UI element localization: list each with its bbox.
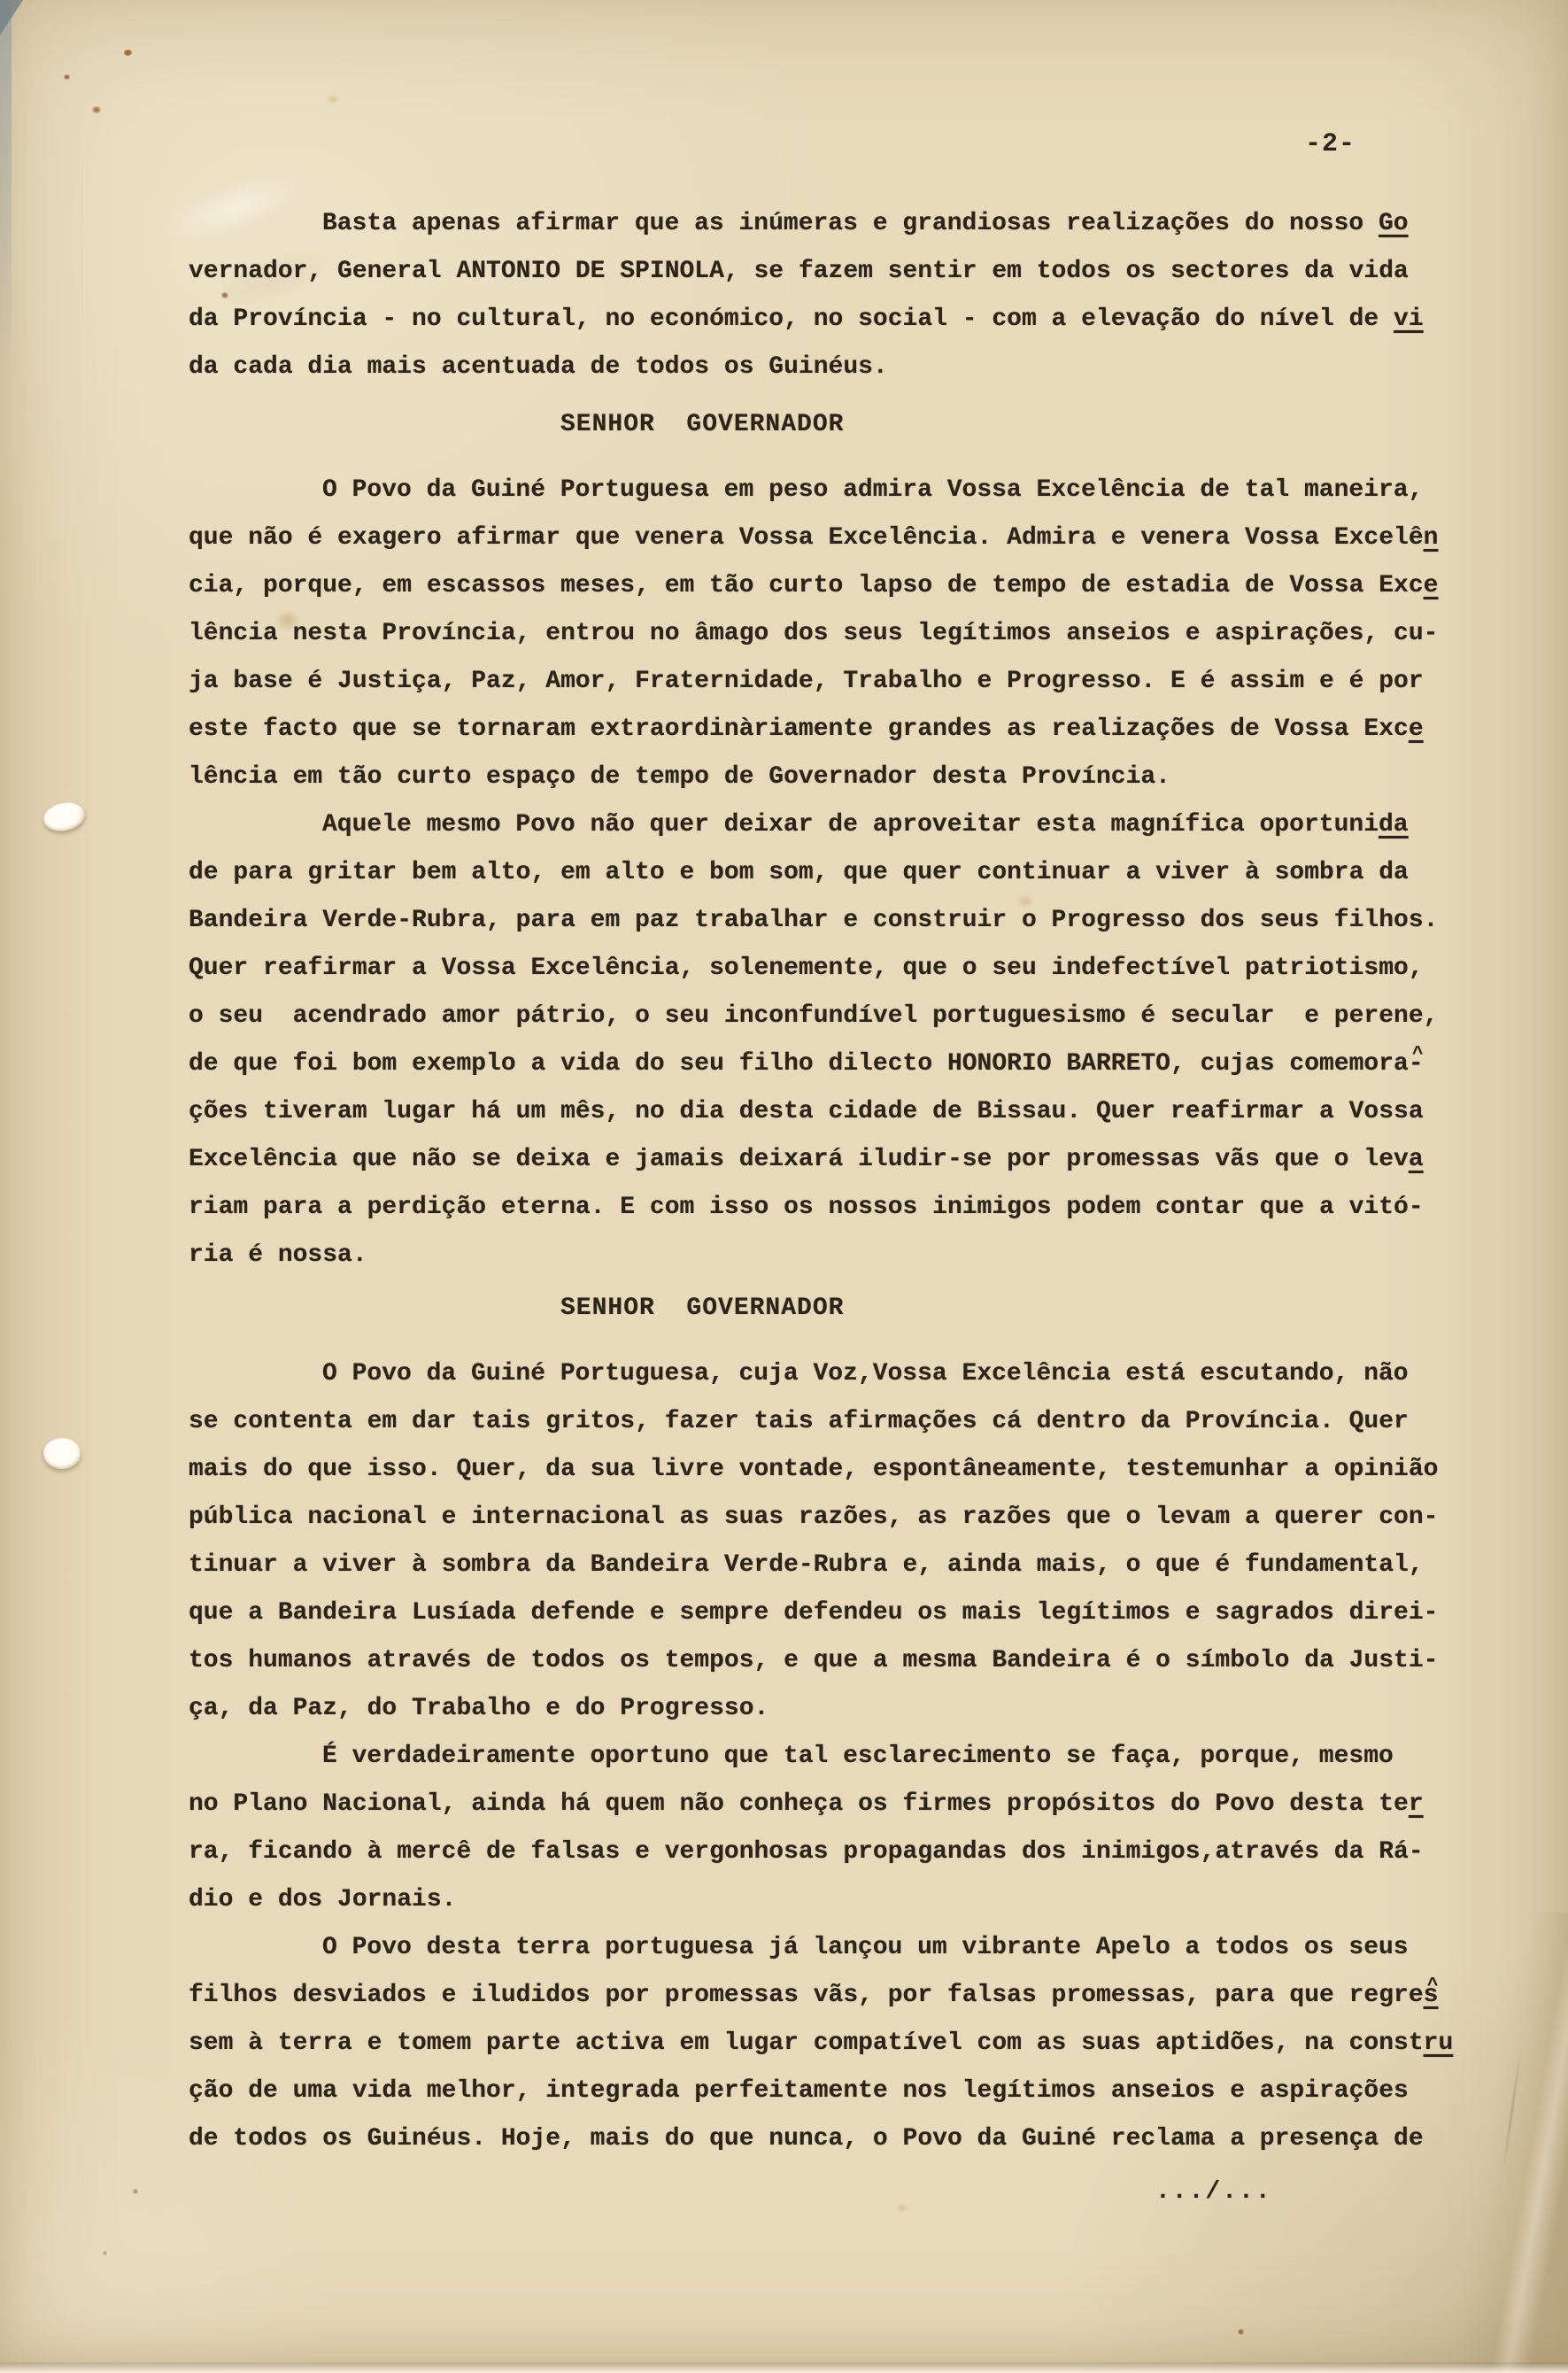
typed-line: dio e dos Jornais. <box>189 1876 1490 1924</box>
typed-line: lência em tão curto espaço de tempo de G… <box>189 754 1490 801</box>
typed-line: da cada dia mais acentuada de todos os G… <box>189 344 1490 391</box>
typed-line: no Plano Nacional, ainda há quem não con… <box>189 1781 1490 1828</box>
typed-line: da Província - no cultural, no económico… <box>189 296 1490 344</box>
typed-line: Excelência que não se deixa e jamais dei… <box>189 1136 1490 1184</box>
scanned-document-page: -2- Basta apenas afirmar que as inúmeras… <box>0 0 1568 2373</box>
typed-line: tos humanos através de todos os tempos, … <box>189 1637 1490 1685</box>
paragraph: Basta apenas afirmar que as inúmeras e g… <box>189 200 1490 391</box>
typed-line: se contenta em dar tais gritos, fazer ta… <box>189 1398 1490 1446</box>
rust-speck <box>64 74 70 80</box>
typed-line: tinuar a viver à sombra da Bandeira Verd… <box>189 1542 1490 1589</box>
typed-line: Bandeira Verde-Rubra, para em paz trabal… <box>189 897 1490 945</box>
typed-line: de para gritar bem alto, em alto e bom s… <box>189 849 1490 897</box>
continuation-mark: .../... <box>1155 2168 1490 2216</box>
typed-line: o seu acendrado amor pátrio, o seu incon… <box>189 993 1490 1040</box>
page-number: -2- <box>1305 129 1356 159</box>
punch-hole <box>43 1438 81 1469</box>
typed-line: ria é nossa. <box>189 1232 1490 1279</box>
paragraph: O Povo da Guiné Portuguesa, cuja Voz,Vos… <box>189 1350 1490 1733</box>
typed-line: Basta apenas afirmar que as inúmeras e g… <box>189 200 1490 248</box>
scan-corner <box>0 0 23 35</box>
paragraph: O Povo da Guiné Portuguesa em peso admir… <box>189 467 1490 801</box>
rust-speck <box>124 50 132 56</box>
typed-line: vernador, General ANTONIO DE SPINOLA, se… <box>189 248 1490 296</box>
stain <box>1238 2329 1244 2335</box>
paragraph: Aquele mesmo Povo não quer deixar de apr… <box>189 801 1490 1279</box>
typed-line: ça, da Paz, do Trabalho e do Progresso. <box>189 1685 1490 1733</box>
stain <box>326 94 340 104</box>
typed-line: ção de uma vida melhor, integrada perfei… <box>189 2068 1490 2115</box>
paragraph: É verdadeiramente oportuno que tal escla… <box>189 1733 1490 1924</box>
paper-edge <box>0 2362 1568 2373</box>
typed-line: lência nesta Província, entrou no âmago … <box>189 610 1490 658</box>
paragraph: O Povo desta terra portuguesa já lançou … <box>189 1924 1490 2163</box>
typed-line: de que foi bom exemplo a vida do seu fil… <box>189 1040 1490 1088</box>
typed-line: O Povo da Guiné Portuguesa em peso admir… <box>189 467 1490 514</box>
scan-edge <box>0 0 12 381</box>
stain <box>103 2251 107 2255</box>
typed-line: ra, ficando à mercê de falsas e vergonho… <box>189 1828 1490 1876</box>
rust-speck <box>92 106 101 113</box>
typed-line: filhos desviados e iludidos por promessa… <box>189 1972 1490 2020</box>
typed-line: É verdadeiramente oportuno que tal escla… <box>189 1733 1490 1781</box>
typed-line: Aquele mesmo Povo não quer deixar de apr… <box>189 801 1490 849</box>
typed-line: de todos os Guinéus. Hoje, mais do que n… <box>189 2115 1490 2163</box>
section-heading: SENHOR GOVERNADOR <box>560 401 1490 449</box>
typed-line: sem à terra e tomem parte activa em luga… <box>189 2020 1490 2068</box>
typed-line: este facto que se tornaram extraordinàri… <box>189 706 1490 754</box>
stain <box>133 2189 138 2194</box>
typed-line: O Povo da Guiné Portuguesa, cuja Voz,Vos… <box>189 1350 1490 1398</box>
typed-line: O Povo desta terra portuguesa já lançou … <box>189 1924 1490 1972</box>
typed-line: que não é exagero afirmar que venera Vos… <box>189 514 1490 562</box>
typed-body: Basta apenas afirmar que as inúmeras e g… <box>189 200 1490 2216</box>
typed-line: mais do que isso. Quer, da sua livre von… <box>189 1446 1490 1494</box>
typed-line: ja base é Justiça, Paz, Amor, Fraternida… <box>189 658 1490 706</box>
section-heading: SENHOR GOVERNADOR <box>560 1285 1490 1333</box>
typed-line: pública nacional e internacional as suas… <box>189 1494 1490 1542</box>
typed-line: cia, porque, em escassos meses, em tão c… <box>189 562 1490 610</box>
punch-hole <box>41 799 87 834</box>
typed-line: que a Bandeira Lusíada defende e sempre … <box>189 1589 1490 1637</box>
typed-line: riam para a perdição eterna. E com isso … <box>189 1184 1490 1232</box>
typed-line: ções tiveram lugar há um mês, no dia des… <box>189 1088 1490 1136</box>
typed-line: Quer reafirmar a Vossa Excelência, solen… <box>189 945 1490 993</box>
